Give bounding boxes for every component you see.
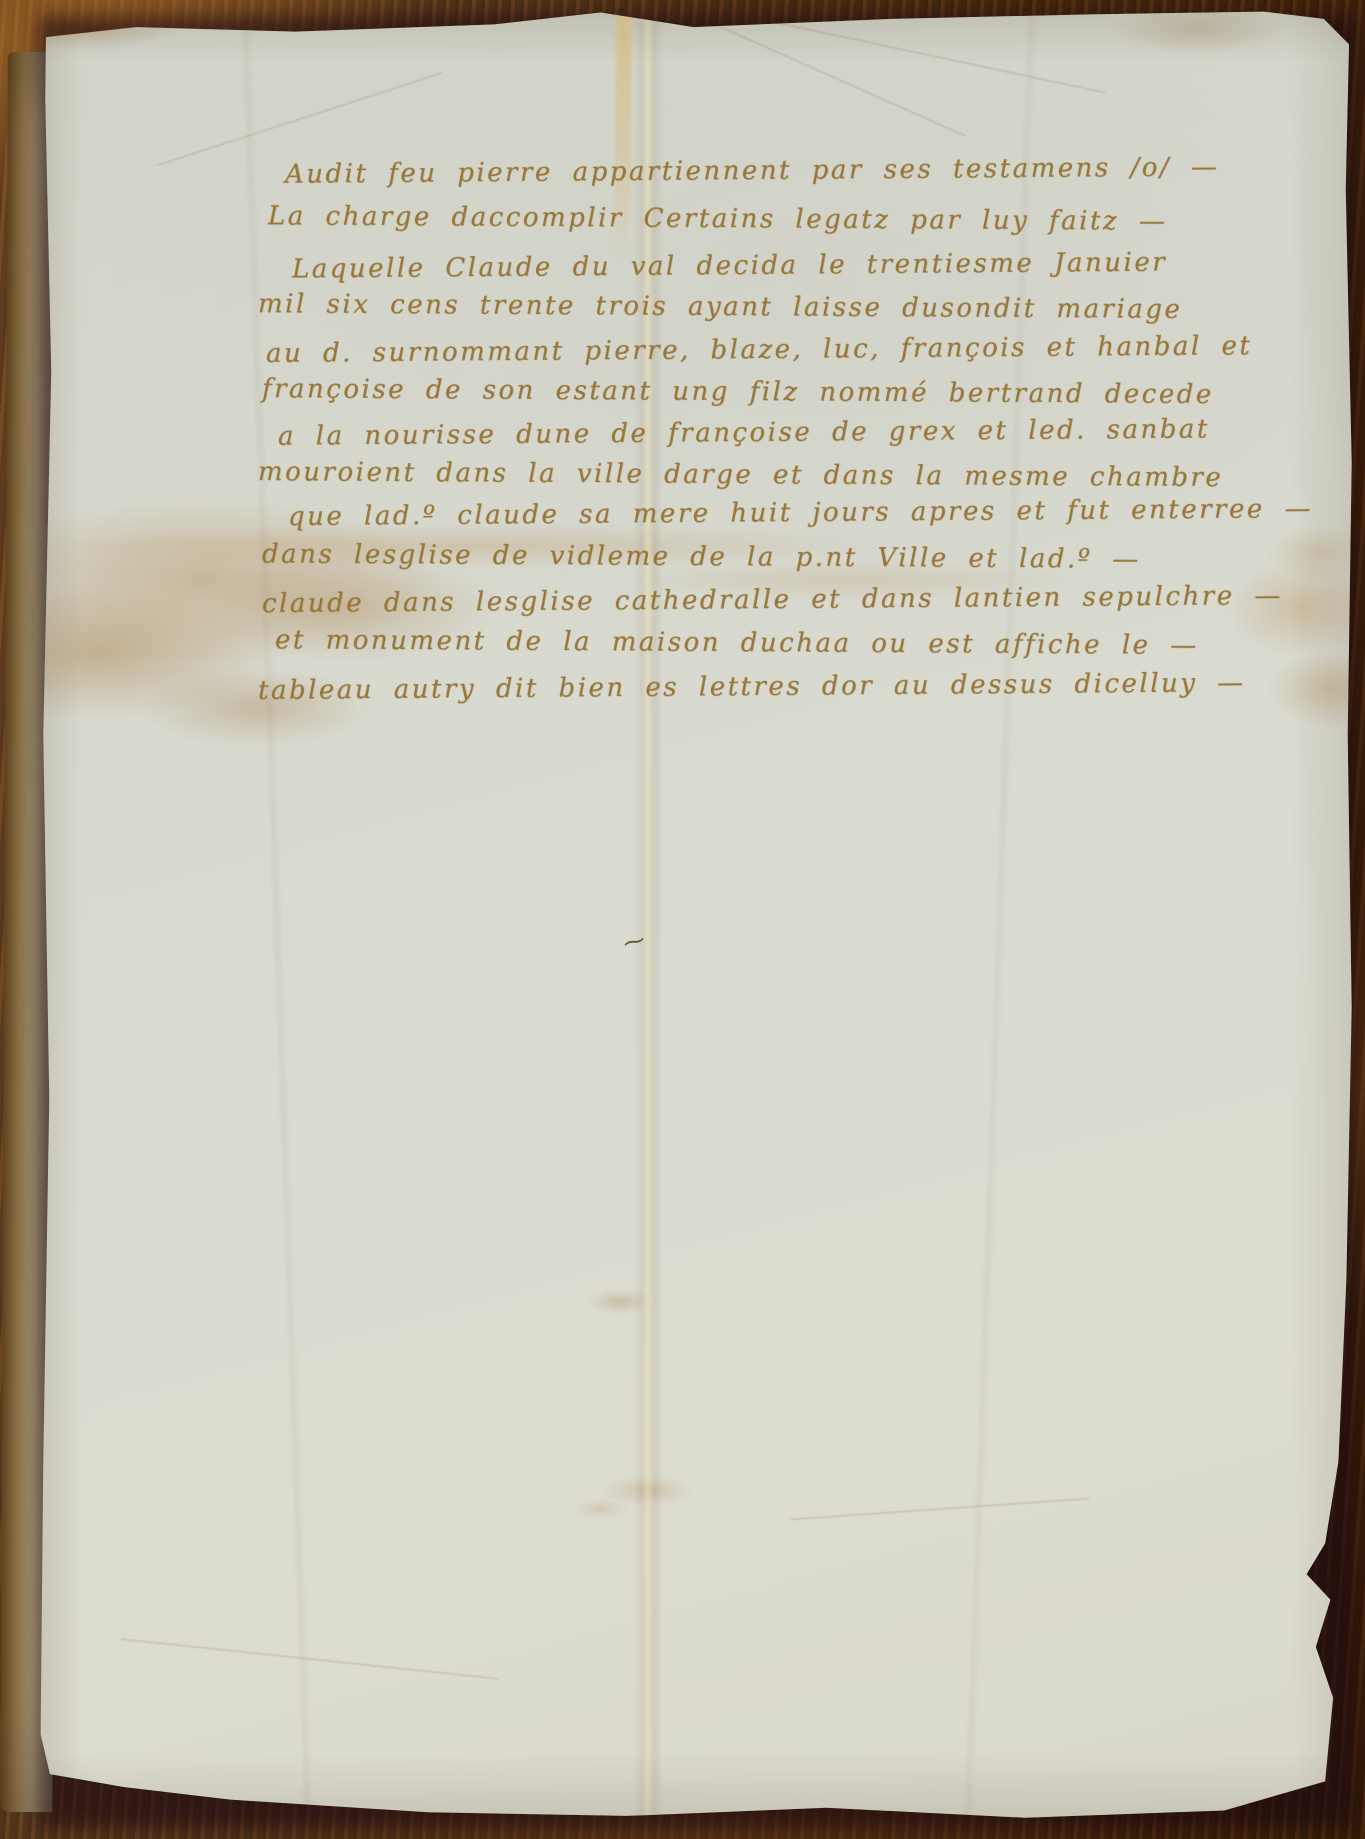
manuscript-line: Laquelle Claude du val decida le trentie…	[292, 248, 1167, 285]
text-block: Audit feu pierre appartiennent par ses t…	[30, 8, 1357, 908]
manuscript-line: que lad.º claude sa mere huit jours apre…	[288, 494, 1313, 532]
manuscript-page: Audit feu pierre appartiennent par ses t…	[30, 8, 1357, 1825]
manuscript-line: françoise de son estant ung filz nommé b…	[262, 374, 1214, 410]
manuscript-line: au d. surnommant pierre, blaze, luc, fra…	[266, 331, 1253, 369]
manuscript-line: a la nourisse dune de françoise de grex …	[278, 414, 1210, 451]
paper-crease	[790, 1498, 1089, 1521]
manuscript-line: mil six cens trente trois ayant laisse d…	[258, 289, 1183, 325]
manuscript-line: mouroient dans la ville darge et dans la…	[258, 457, 1223, 493]
manuscript-line: La charge daccomplir Certains legatz par…	[268, 201, 1168, 236]
manuscript-line: Audit feu pierre appartiennent par ses t…	[285, 152, 1220, 189]
photo-frame: Audit feu pierre appartiennent par ses t…	[0, 0, 1365, 1839]
paper-crease	[121, 1638, 499, 1680]
manuscript-line: tableau autry dit bien es lettres dor au…	[258, 668, 1246, 706]
ink-blot: ~	[619, 927, 650, 958]
manuscript-line: et monument de la maison duchaa ou est a…	[275, 625, 1199, 661]
manuscript-line: dans lesglise de vidleme de la p.nt Vill…	[262, 539, 1141, 574]
manuscript-line: claude dans lesglise cathedralle et dans…	[262, 581, 1283, 619]
